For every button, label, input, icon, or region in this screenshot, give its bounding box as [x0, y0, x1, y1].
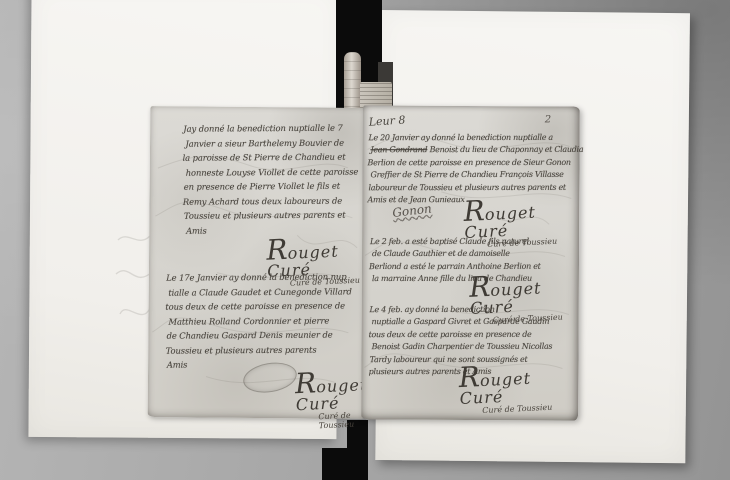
priest-signature: Rouget Curé	[295, 372, 369, 413]
manuscript-line: Le 17e Janvier ay donné la benediction n…	[166, 269, 352, 285]
manuscript-line: de Claude Gauthier et de damoiselle	[372, 248, 541, 261]
manuscript-line: Jean Gondrand Benoist du lieu de Chaponn…	[370, 144, 583, 157]
manuscript-line: Berlion de cette paroisse en presence de…	[367, 157, 583, 170]
manuscript-line: Matthieu Rolland Cordonnier et pierre	[168, 313, 352, 329]
manuscript-line: Le 20 Janvier ay donné la benediction nu…	[368, 132, 583, 145]
manuscript-line: tous deux de cette paroisse en presence …	[165, 298, 352, 314]
priest-signature: Rouget Curé	[463, 198, 580, 241]
manuscript-line: Greffier de St Pierre de Chandieu Franço…	[370, 169, 583, 182]
book-spine-gap-bottom-step	[322, 448, 368, 480]
manuscript-line: Toussieu et plusieurs autres parents et	[184, 208, 359, 224]
signature-block: Rouget Curé Curé de Toussieu	[295, 372, 370, 431]
manuscript-page-left: Jay donné la benediction nuptialle le 7 …	[148, 106, 369, 419]
page-heading: Leur 8	[368, 113, 405, 128]
manuscript-line: tialle a Claude Gaudet et Cunegonde Vill…	[168, 284, 352, 300]
priest-signature: Rouget Curé	[458, 363, 579, 407]
archive-scan: Jay donné la benediction nuptialle le 7 …	[0, 0, 730, 480]
manuscript-line: Le 2 feb. a esté baptisé Claude fils nat…	[370, 236, 541, 249]
struck-text: Jean Gondrand	[370, 146, 427, 155]
manuscript-line: honneste Louyse Viollet de cette paroiss…	[186, 164, 359, 180]
manuscript-line: tous deux de cette paroisse en presence …	[369, 329, 553, 342]
manuscript-page-right: Leur 8 2 Le 20 Janvier ay donné la bened…	[361, 105, 580, 420]
manuscript-line: laboureur de Toussieu et plusieurs autre…	[369, 181, 584, 194]
manuscript-line: nuptialle a Gaspard Givret et Gasparde G…	[372, 316, 553, 329]
manuscript-line: Benoist Gadin Charpentier de Toussieu Ni…	[372, 341, 553, 354]
register-entry: Jay donné la benediction nuptialle le 7 …	[183, 121, 358, 238]
register-entry: Le 17e Janvier ay donné la benediction n…	[166, 269, 352, 372]
manuscript-line: Berliond a esté le parrain Anthoine Berl…	[369, 261, 541, 274]
manuscript-line: Jay donné la benediction nuptialle le 7	[183, 121, 358, 137]
manuscript-line: la paroisse de St Pierre de Chandieu et	[183, 150, 359, 166]
page-number: 2	[545, 114, 551, 125]
manuscript-line: Remy Achard tous deux laboureurs de	[183, 193, 359, 209]
manuscript-line: de Chandieu Gaspard Denis meunier de	[167, 327, 353, 343]
signature-block: Rouget Curé Curé de Toussieu	[458, 363, 579, 416]
manuscript-line: Janvier a sieur Barthelemy Bouvier de	[185, 135, 358, 151]
manuscript-line-text: Benoist du lieu de Chaponnay et Claudia	[427, 145, 583, 154]
manuscript-line: en presence de Pierre Viollet le fils et	[184, 179, 359, 195]
manuscript-line: Toussieu et plusieurs autres parents	[166, 342, 353, 358]
manuscript-line: Le 4 feb. ay donné la benediction	[370, 304, 553, 317]
